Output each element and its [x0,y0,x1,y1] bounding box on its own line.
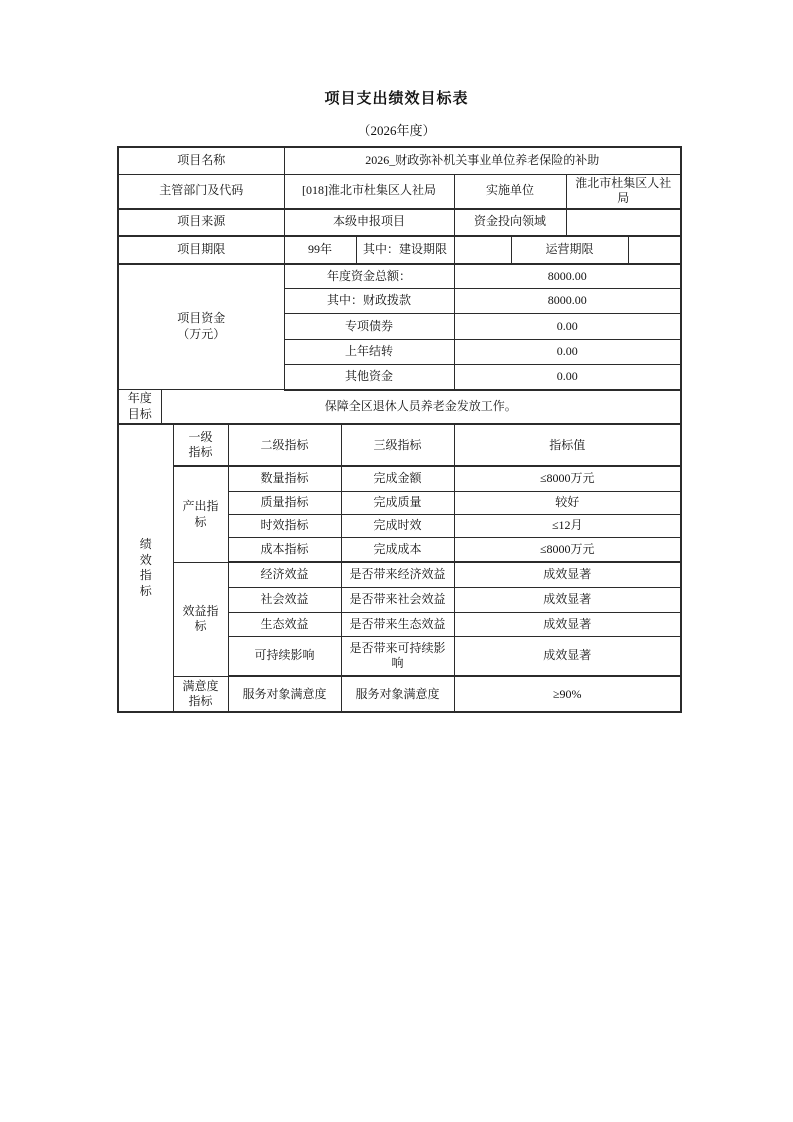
indicator-l3: 完成金额 [341,466,454,491]
group-satisfaction-label: 满意度 指标 [173,676,228,712]
funding-row-label: 其中：财政拨款 [284,289,454,314]
operate-period-value [628,236,681,264]
funding-label: 项目资金 （万元） [118,264,284,390]
table-row: 项目名称 2026_财政弥补机关事业单位养老保险的补助 [118,147,681,174]
indicator-l3: 完成质量 [341,491,454,514]
indicator-l3: 完成时效 [341,514,454,537]
funding-row-label: 上年结转 [284,340,454,365]
indicator-value: 较好 [454,491,681,514]
indicator-value: ≤8000万元 [454,537,681,562]
indicators-label: 绩 效 指 标 [118,424,173,712]
indicator-value: ≥90% [454,676,681,712]
indicator-l3: 完成成本 [341,537,454,562]
project-name-label: 项目名称 [118,147,284,174]
fund-direction-value [566,209,681,236]
group-benefit-label: 效益指 标 [173,562,228,676]
indicator-l3: 是否带来经济效益 [341,562,454,587]
operate-period-label: 运营期限 [511,236,628,264]
table-row: 产出指 标 数量指标 完成金额 ≤8000万元 [118,466,681,491]
indicator-l3: 是否带来可持续影 响 [341,636,454,676]
annual-goal-label: 年度 目标 [118,390,161,425]
funding-row-value: 0.00 [454,314,681,340]
indicator-l3: 是否带来社会效益 [341,587,454,612]
indicator-l3: 服务对象满意度 [341,676,454,712]
indicator-value: ≤12月 [454,514,681,537]
table-row: 绩 效 指 标 一级 指标 二级指标 三级指标 指标值 [118,424,681,466]
group-output-label: 产出指 标 [173,466,228,562]
impl-unit-label: 实施单位 [454,174,566,209]
dept-value: [018]淮北市杜集区人社局 [284,174,454,209]
funding-row-value: 0.00 [454,340,681,365]
page-title: 项目支出绩效目标表 [0,0,793,107]
dept-label: 主管部门及代码 [118,174,284,209]
funding-row-value: 8000.00 [454,264,681,289]
indicator-value: 成效显著 [454,636,681,676]
source-label: 项目来源 [118,209,284,236]
build-period-value [454,236,511,264]
fund-direction-label: 资金投向领域 [454,209,566,236]
indicator-l2: 社会效益 [228,587,341,612]
page-subtitle: （2026年度） [0,124,793,137]
header-level2: 二级指标 [228,424,341,466]
document-page: 项目支出绩效目标表 （2026年度） 项目名称 2026_财政弥补机关事业单位养… [0,0,793,1122]
table-row: 满意度 指标 服务对象满意度 服务对象满意度 ≥90% [118,676,681,712]
funding-row-value: 0.00 [454,365,681,390]
indicator-value: ≤8000万元 [454,466,681,491]
annual-goal-value: 保障全区退休人员养老金发放工作。 [161,390,681,425]
indicator-l2: 服务对象满意度 [228,676,341,712]
period-value: 99年 [284,236,356,264]
impl-unit-value: 淮北市杜集区人社 局 [566,174,681,209]
funding-row-label: 其他资金 [284,365,454,390]
indicator-l2: 成本指标 [228,537,341,562]
indicator-l2: 可持续影响 [228,636,341,676]
indicator-l2: 时效指标 [228,514,341,537]
indicator-value: 成效显著 [454,612,681,636]
project-name-value: 2026_财政弥补机关事业单位养老保险的补助 [284,147,681,174]
table-row: 年度 目标 保障全区退休人员养老金发放工作。 [118,390,681,425]
indicator-l3: 是否带来生态效益 [341,612,454,636]
funding-row-label: 专项债券 [284,314,454,340]
header-level3: 三级指标 [341,424,454,466]
indicator-l2: 质量指标 [228,491,341,514]
indicator-l2: 经济效益 [228,562,341,587]
build-period-label: 其中：建设期限 [356,236,454,264]
funding-row-label: 年度资金总额： [284,264,454,289]
table-row: 效益指 标 经济效益 是否带来经济效益 成效显著 [118,562,681,587]
source-value: 本级申报项目 [284,209,454,236]
table-row: 主管部门及代码 [018]淮北市杜集区人社局 实施单位 淮北市杜集区人社 局 [118,174,681,209]
indicator-value: 成效显著 [454,587,681,612]
table-row: 项目来源 本级申报项目 资金投向领域 [118,209,681,236]
header-value: 指标值 [454,424,681,466]
table-row: 项目资金 （万元） 年度资金总额： 8000.00 [118,264,681,289]
indicator-value: 成效显著 [454,562,681,587]
performance-target-table: 项目名称 2026_财政弥补机关事业单位养老保险的补助 主管部门及代码 [018… [117,146,682,713]
table-row: 项目期限 99年 其中：建设期限 运营期限 [118,236,681,264]
period-label: 项目期限 [118,236,284,264]
header-level1: 一级 指标 [173,424,228,466]
funding-row-value: 8000.00 [454,289,681,314]
indicator-l2: 生态效益 [228,612,341,636]
indicator-l2: 数量指标 [228,466,341,491]
